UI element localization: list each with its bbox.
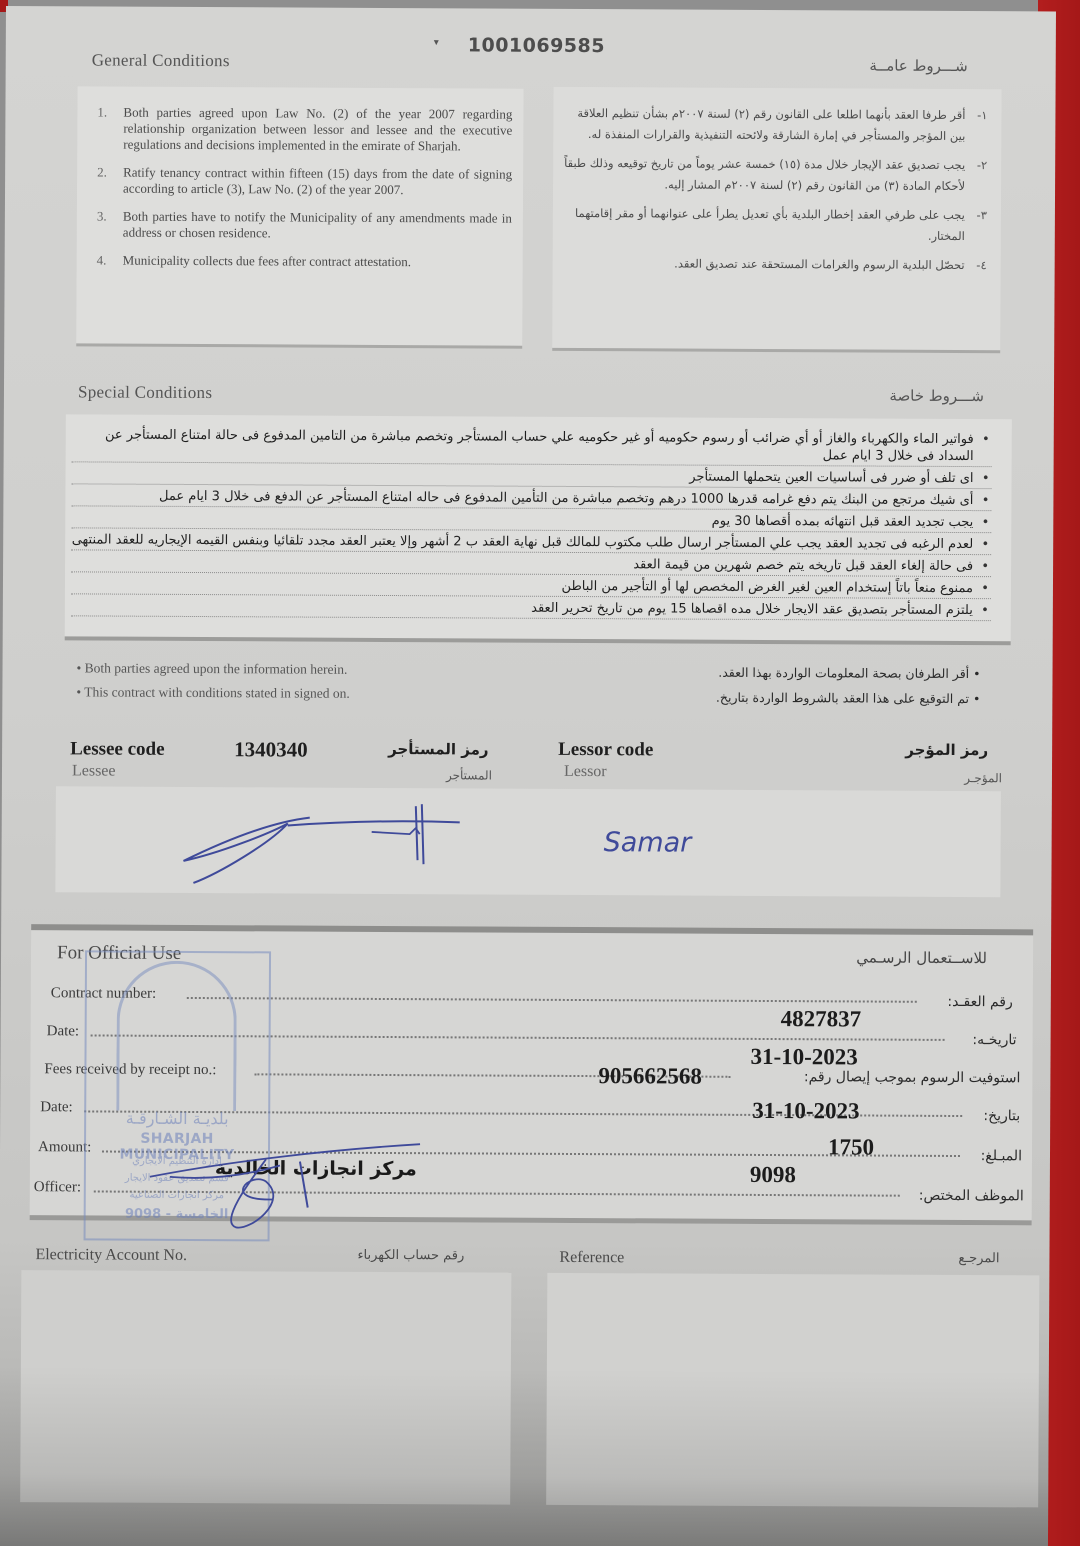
general-condition-item-ar: ١-أقر طرفا العقد بأنهما اطلعا على القانو…: [562, 103, 987, 147]
general-condition-item: 2.Ratify tenancy contract within fifteen…: [97, 164, 512, 198]
serial-number: 1001069585: [468, 34, 605, 57]
item-text: يجب تصديق عقد الإيجار خلال مدة (١٥) خمسة…: [562, 153, 965, 197]
general-condition-item-ar: ٤-تحصّل البلدية الرسوم والغرامات المستحق…: [562, 253, 987, 276]
officer-label-ar: الموظف المختص:: [919, 1188, 1024, 1205]
svg-text:Samar: Samar: [604, 827, 694, 858]
lessor-code-label: Lessor code: [558, 739, 653, 761]
special-condition-item: اى تلف أو ضرر فى أساسيات العين يتحملها ا…: [71, 465, 991, 489]
agreement-line: • Both parties agreed upon the informati…: [76, 656, 349, 681]
lessee-code-value: 1340340: [234, 737, 308, 762]
party-codes-row: Lessee code 1340340 رمز المستأجر Lessee …: [70, 734, 1010, 789]
lessee-signature-icon: [179, 803, 469, 885]
special-conditions-title-en: Special Conditions: [78, 382, 212, 403]
item-text: Both parties agreed upon Law No. (2) of …: [123, 105, 512, 155]
special-condition-item: فى حالة إلغاء العقد قبل تاريخه يتم خصم ش…: [71, 553, 991, 577]
stamp-arch-emblem-icon: [116, 961, 237, 1112]
lessee-code-label: Lessee code: [70, 738, 165, 760]
item-text: Municipality collects due fees after con…: [123, 253, 412, 271]
contract-number-label-ar: رقم العقـد:: [947, 994, 1012, 1010]
receipt-number-value: 905662568: [598, 1063, 702, 1090]
item-number: ٤-: [965, 255, 987, 276]
agreement-line: • This contract with conditions stated i…: [76, 680, 349, 705]
item-text: يجب على طرفي العقد إخطار البلدية بأي تعد…: [562, 203, 965, 247]
special-condition-item: يلتزم المستأجر بتصديق عقد الايجار خلال م…: [71, 597, 991, 621]
general-condition-item: 1.Both parties agreed upon Law No. (2) o…: [97, 104, 512, 154]
reference-label-ar: المرجـع: [958, 1251, 999, 1266]
lessor-label-ar: المؤجـر: [964, 771, 1002, 785]
item-number: ٢-: [965, 155, 987, 197]
special-condition-item: فواتير الماء والكهرباء والغاز أو أي ضرائ…: [72, 426, 992, 467]
officer-value: 9098: [750, 1162, 796, 1188]
special-conditions-panel: فواتير الماء والكهرباء والغاز أو أي ضرائ…: [65, 414, 1012, 645]
general-condition-item-ar: ٢-يجب تصديق عقد الإيجار خلال مدة (١٥) خم…: [562, 153, 987, 197]
date-label-ar: تاريخـه:: [972, 1032, 1016, 1048]
special-condition-item: لعدم الرغبه فى تجديد العقد يجب علي المست…: [71, 531, 991, 555]
serial-marker-dot: ▾: [434, 37, 439, 48]
general-conditions-panel-en: 1.Both parties agreed upon Law No. (2) o…: [76, 86, 523, 348]
lessee-label: Lessee: [72, 762, 116, 780]
item-number: 2.: [97, 164, 123, 196]
lessor-code-label-ar: رمز المؤجر: [905, 741, 988, 759]
lessee-label-ar: المستأجر: [446, 768, 492, 782]
amount-value: 1750: [828, 1134, 874, 1160]
lessee-code-label-ar: رمز المستأجر: [388, 740, 489, 759]
amount-label-ar: المبـلغ:: [981, 1148, 1022, 1164]
receipt-date-value: 31-10-2023: [752, 1098, 859, 1125]
dotted-line: [187, 997, 917, 1003]
lessor-signature-icon: Samar: [600, 821, 750, 864]
agreement-statements-ar: • أقر الطرفان بصحة المعلومات الواردة بهذ…: [716, 660, 981, 711]
shadow-overlay: [0, 1366, 1049, 1546]
item-text: أقر طرفا العقد بأنهما اطلعا على القانون …: [562, 103, 965, 147]
special-conditions-list: فواتير الماء والكهرباء والغاز أو أي ضرائ…: [71, 426, 992, 624]
stamp-name-ar: بلديـة الشـارقـة: [86, 1108, 268, 1128]
special-condition-item: أى شيك مرتجع من البنك يتم دفع غرامه قدره…: [71, 487, 991, 511]
item-number: ٣-: [965, 205, 987, 247]
item-number: 3.: [97, 208, 123, 240]
special-condition-item: ممنوع منعاً باتاً إستخدام العين لغير الغ…: [71, 575, 991, 599]
general-condition-item: 4.Municipality collects due fees after c…: [97, 252, 512, 270]
item-text: Both parties have to notify the Municipa…: [123, 209, 512, 243]
electricity-account-label-ar: رقم حساب الكهرباء: [357, 1248, 464, 1264]
general-conditions-list-en: 1.Both parties agreed upon Law No. (2) o…: [97, 104, 513, 282]
general-conditions-panel-ar: ١-أقر طرفا العقد بأنهما اطلعا على القانو…: [552, 87, 1001, 353]
officer-signature-icon: [150, 1141, 430, 1232]
agreement-line-ar: • أقر الطرفان بصحة المعلومات الواردة بهذ…: [716, 660, 981, 686]
agreement-statements-en: • Both parties agreed upon the informati…: [76, 656, 350, 705]
general-condition-item: 3.Both parties have to notify the Munici…: [97, 208, 512, 242]
reference-label: Reference: [559, 1249, 624, 1267]
receipt-number-label-ar: استوفيت الرسوم بموجب إيصال رقم:: [804, 1069, 1021, 1086]
general-conditions-title-en: General Conditions: [92, 50, 230, 71]
general-conditions-list-ar: ١-أقر طرفا العقد بأنهما اطلعا على القانو…: [562, 103, 988, 284]
general-conditions-title-ar: شـــروط عامــة: [869, 57, 967, 76]
officer-label: Officer:: [34, 1179, 81, 1196]
receipt-date-label-ar: بتاريخ:: [983, 1108, 1020, 1124]
item-text: تحصّل البلدية الرسوم والغرامات المستحقة …: [674, 254, 965, 277]
date-label: Date:: [47, 1023, 80, 1040]
electricity-account-label: Electricity Account No.: [35, 1246, 187, 1265]
item-number: ١-: [965, 105, 987, 147]
tenancy-contract-page: ▾ 1001069585 General Conditions شـــروط …: [0, 6, 1056, 1546]
general-condition-item-ar: ٣-يجب على طرفي العقد إخطار البلدية بأي ت…: [562, 203, 987, 247]
item-text: Ratify tenancy contract within fifteen (…: [123, 165, 512, 199]
special-condition-item: يجب تجديد العقد قبل انتهائه بمده أقصاها …: [71, 509, 991, 533]
agreement-line-ar: • تم التوقيع على هذا العقد بالشروط الوار…: [716, 685, 981, 711]
lessor-label: Lessor: [564, 763, 607, 781]
official-use-title-ar: للاســتعمال الرسـمي: [856, 948, 987, 967]
item-number: 4.: [97, 252, 123, 268]
item-number: 1.: [97, 104, 123, 152]
receipt-date-label: Date:: [40, 1099, 73, 1116]
special-conditions-title-ar: شـــروط خاصة: [889, 387, 984, 405]
